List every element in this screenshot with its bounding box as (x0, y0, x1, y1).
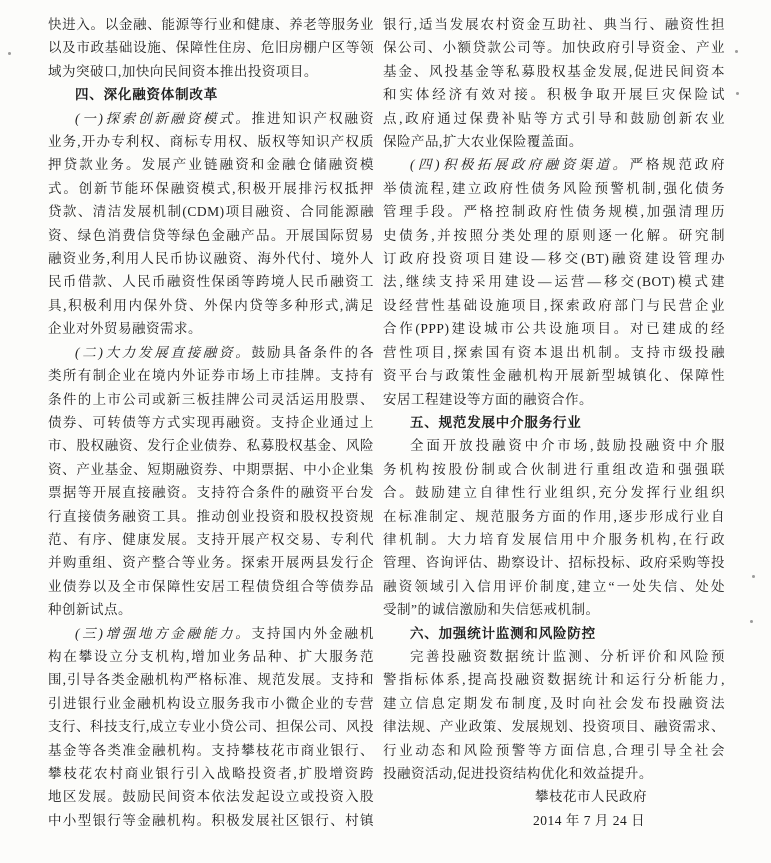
text-segment: 类所有制企业在境内外证券市场上市挂牌。支持有 (48, 368, 374, 383)
text-segment: 警指标体系,提高投融资数据统计和运行分析能力, (383, 672, 725, 687)
text-segment: 管理、咨询评估、勘察设计、招标投标、政府采购等投 (383, 555, 725, 570)
text-segment: 受制”的诚信激励和失信惩戒机制。 (383, 602, 600, 617)
text-line: 法,继续支持采用建设—运营—移交(BOT)模式建 (383, 270, 725, 293)
text-segment: 贷款、清洁发展机制(CDM)项目融资、合同能源融 (48, 204, 374, 219)
text-line: 资、产业基金、短期融资券、中期票据、中小企业集合 (48, 458, 374, 481)
text-line: (二)大力发展直接融资。鼓励具备条件的各 (48, 341, 374, 364)
text-line: 资平台与政策性金融机构开展新型城镇化、保障性 (383, 364, 725, 387)
text-segment: 具,积极利用内保外贷、外保内贷等多种形式,满足 (48, 298, 374, 313)
text-line: 业务,开办专利权、商标专用权、版权等知识产权质 (48, 130, 374, 153)
text-segment: 保公司、小额贷款公司等。加快政府引导资金、产业 (383, 40, 725, 55)
signature: 攀枝花市人民政府 (383, 785, 725, 808)
text-line: 合。鼓励建立自律性行业组织,充分发挥行业组织 (383, 481, 725, 504)
text-line: 构在攀设立分支机构,增加业务品种、扩大服务范 (48, 645, 374, 668)
text-segment: 资平台与政策性金融机构开展新型城镇化、保障性 (383, 368, 725, 383)
text-segment: 以及市政基础设施、保障性住房、危旧房棚户区等领 (48, 40, 374, 55)
text-line: 务机构按股份制或合伙制进行重组改造和强强联 (383, 458, 725, 481)
text-segment: 推进知识产权融资 (251, 111, 374, 126)
section-heading: 五、规范发展中介服务行业 (383, 411, 725, 434)
text-segment: 全面开放投融资中介市场,鼓励投融资中介服 (410, 438, 725, 453)
text-line: 订政府投资项目建设—移交(BT)融资建设管理办 (383, 247, 725, 270)
scan-speck (736, 92, 739, 95)
text-line: 史债务,并按照分类处理的原则逐一化解。研究制 (383, 224, 725, 247)
text-segment: 银行,适当发展农村资金互助社、典当行、融资性担 (383, 17, 725, 32)
text-line: 快进入。以金融、能源等行业和健康、养老等服务业 (48, 13, 374, 36)
text-line: 建立信息定期发布制度,及时向社会发布投融资法 (383, 692, 725, 715)
text-segment: 务机构按股份制或合伙制进行重组改造和强强联 (383, 462, 725, 477)
text-line: 安居工程建设等方面的融资合作。 (383, 388, 725, 411)
text-line: 围,引导各类金融机构严格标准、规范发展。支持和 (48, 668, 374, 691)
text-segment: 民币借款、人民币融资性保函等跨境人民币融资工 (48, 274, 374, 289)
text-segment: 业债券以及全市保障性安居工程债贷组合等债券品 (48, 579, 374, 594)
scan-speck (752, 575, 755, 578)
text-segment: 四、深化融资体制改革 (75, 87, 218, 102)
text-line: 攀枝花农村商业银行引入战略投资者,扩股增资跨 (48, 762, 374, 785)
text-line: 和实体经济有效对接。积极争取开展巨灾保险试 (383, 83, 725, 106)
text-line: 类所有制企业在境内外证券市场上市挂牌。支持有 (48, 364, 374, 387)
text-segment: 引进银行业金融机构设立服务我市小微企业的专营 (48, 696, 374, 711)
text-segment: 构在攀设立分支机构,增加业务品种、扩大服务范 (48, 649, 374, 664)
paragraph-lead-kai: (四)积极拓展政府融资渠道。 (410, 157, 630, 172)
text-line: (四)积极拓展政府融资渠道。严格规范政府 (383, 153, 725, 176)
text-line: 具,积极利用内保外贷、外保内贷等多种形式,满足 (48, 294, 374, 317)
text-segment: 营性项目,探索国有资本退出机制。支持市级投融 (383, 345, 725, 360)
scan-speck (750, 620, 753, 623)
text-line: (一)探索创新融资模式。推进知识产权融资 (48, 107, 374, 130)
text-segment: 范、有序、健康发展。支持开展产权交易、专利代理、 (48, 532, 374, 551)
text-line: 行业动态和风险预警等方面信息,合理引导全社会 (383, 739, 725, 762)
text-segment: 五、规范发展中介服务行业 (410, 415, 582, 430)
text-segment: 并购重组、资产整合等业务。探索开展两县发行企 (48, 555, 374, 570)
section-heading: 四、深化融资体制改革 (48, 83, 374, 106)
text-segment: 2014 年 7 月 24 日 (533, 813, 645, 828)
text-line: 域为突破口,加快向民间资本推出投资项目。 (48, 60, 374, 83)
text-segment: 法,继续支持采用建设—运营—移交(BOT)模式建 (383, 274, 725, 289)
text-line: 受制”的诚信激励和失信惩戒机制。 (383, 598, 725, 621)
text-line: 地区发展。鼓励民间资本依法发起设立或投资入股 (48, 785, 374, 808)
right-text-column: 银行,适当发展农村资金互助社、典当行、融资性担保公司、小额贷款公司等。加快政府引… (383, 13, 725, 832)
text-line: 融资领域引入信用评价制度,建立“一处失信、处处 (383, 575, 725, 598)
text-line: 融资业务,利用人民币协议融资、海外代付、境外人 (48, 247, 374, 270)
text-segment: 企业对外贸易融资需求。 (48, 321, 202, 336)
text-segment: 市、股权融资、发行企业债券、私募股权基金、风险投 (48, 438, 374, 457)
text-segment: 地区发展。鼓励民间资本依法发起设立或投资入股 (48, 789, 374, 804)
text-segment: 建立信息定期发布制度,及时向社会发布投融资法 (383, 696, 725, 711)
text-segment: 史债务,并按照分类处理的原则逐一化解。研究制 (383, 228, 725, 243)
scan-speck (735, 50, 738, 53)
left-text-column: 快进入。以金融、能源等行业和健康、养老等服务业以及市政基础设施、保障性住房、危旧… (48, 13, 374, 832)
text-line: 押贷款业务。发展产业链融资和金融仓储融资模 (48, 153, 374, 176)
text-segment: 资、产业基金、短期融资券、中期票据、中小企业集合 (48, 462, 374, 481)
text-line: (三)增强地方金融能力。支持国内外金融机 (48, 622, 374, 645)
text-segment: 支持国内外金融机 (251, 626, 374, 641)
text-segment: 合作(PPP)建设城市公共设施项目。对已建成的经 (383, 321, 725, 336)
text-line: 资、绿色消费信贷等绿色金融产品。开展国际贸易 (48, 224, 374, 247)
paragraph-lead-kai: (三)增强地方金融能力。 (75, 626, 251, 641)
text-line: 银行,适当发展农村资金互助社、典当行、融资性担 (383, 13, 725, 36)
text-segment: 点,政府通过保费补贴等方式引导和鼓励创新农业 (383, 111, 725, 126)
scan-speck (8, 52, 11, 55)
text-segment: 条件的上市公司或新三板挂牌公司灵活运用股票、 (48, 392, 374, 407)
document-date: 2014 年 7 月 24 日 (383, 809, 725, 832)
text-segment: 合。鼓励建立自律性行业组织,充分发挥行业组织 (383, 485, 725, 500)
text-line: 引进银行业金融机构设立服务我市小微企业的专营 (48, 692, 374, 715)
section-heading: 六、加强统计监测和风险防控 (383, 622, 725, 645)
text-segment: 融资领域引入信用评价制度,建立“一处失信、处处 (383, 579, 725, 594)
text-line: 营性项目,探索国有资本退出机制。支持市级投融 (383, 341, 725, 364)
text-line: 全面开放投融资中介市场,鼓励投融资中介服 (383, 434, 725, 457)
text-line: 保公司、小额贷款公司等。加快政府引导资金、产业 (383, 36, 725, 59)
text-line: 中小型银行等金融机构。积极发展社区银行、村镇 (48, 809, 374, 832)
text-line: 债券、可转债等方式实现再融资。支持企业通过上 (48, 411, 374, 434)
text-segment: 订政府投资项目建设—移交(BT)融资建设管理办 (383, 251, 725, 266)
text-segment: 债券、可转债等方式实现再融资。支持企业通过上 (48, 415, 374, 430)
text-line: 律机制。大力培育发展信用中介服务机构,在行政 (383, 528, 725, 551)
text-line: 种创新试点。 (48, 598, 374, 621)
text-line: 律法规、产业政策、发展规划、投资项目、融资需求、 (383, 715, 725, 738)
text-line: 合作(PPP)建设城市公共设施项目。对已建成的经 (383, 317, 725, 340)
text-segment: 和实体经济有效对接。积极争取开展巨灾保险试 (383, 87, 725, 102)
document-page: 快进入。以金融、能源等行业和健康、养老等服务业以及市政基础设施、保障性住房、危旧… (0, 0, 771, 863)
text-segment: 保险产品,扩大农业保险覆盖面。 (383, 134, 583, 149)
text-segment: 围,引导各类金融机构严格标准、规范发展。支持和 (48, 672, 374, 687)
text-line: 投融资活动,促进投资结构优化和效益提升。 (383, 762, 725, 785)
text-line: 支行、科技支行,成立专业小贷公司、担保公司、风投 (48, 715, 374, 738)
text-segment: 融资业务,利用人民币协议融资、海外代付、境外人 (48, 251, 374, 266)
text-segment: 种创新试点。 (48, 602, 132, 617)
text-line: 在标准制定、规范服务方面的作用,逐步形成行业自 (383, 505, 725, 528)
text-segment: 举债流程,建立政府性债务风险预警机制,强化债务 (383, 181, 725, 196)
text-line: 设经营性基础设施项目,探索政府部门与民营企业 (383, 294, 725, 317)
text-line: 民币借款、人民币融资性保函等跨境人民币融资工 (48, 270, 374, 293)
text-line: 管理手段。严格控制政府性债务规模,加强清理历 (383, 200, 725, 223)
text-segment: 律机制。大力培育发展信用中介服务机构,在行政 (383, 532, 725, 547)
text-segment: 基金等各类准金融机构。支持攀枝花市商业银行、 (48, 743, 374, 758)
text-line: 贷款、清洁发展机制(CDM)项目融资、合同能源融 (48, 200, 374, 223)
text-segment: 严格规范政府 (630, 157, 725, 172)
text-segment: 支行、科技支行,成立专业小贷公司、担保公司、风投 (48, 719, 374, 734)
text-segment: 行业动态和风险预警等方面信息,合理引导全社会 (383, 743, 725, 758)
text-line: 保险产品,扩大农业保险覆盖面。 (383, 130, 725, 153)
text-segment: 在标准制定、规范服务方面的作用,逐步形成行业自 (383, 509, 725, 524)
text-line: 范、有序、健康发展。支持开展产权交易、专利代理、 (48, 528, 374, 551)
text-segment: 管理手段。严格控制政府性债务规模,加强清理历 (383, 204, 725, 219)
text-segment: 行直接债务融资工具。推动创业投资和股权投资规 (48, 509, 374, 524)
text-segment: 业务,开办专利权、商标专用权、版权等知识产权质 (48, 134, 374, 149)
text-segment: 押贷款业务。发展产业链融资和金融仓储融资模 (48, 157, 374, 172)
text-line: 举债流程,建立政府性债务风险预警机制,强化债务 (383, 177, 725, 200)
text-segment: 快进入。以金融、能源等行业和健康、养老等服务业 (48, 17, 374, 32)
text-segment: 票据等开展直接融资。支持符合条件的融资平台发 (48, 485, 374, 500)
text-line: 管理、咨询评估、勘察设计、招标投标、政府采购等投 (383, 551, 725, 574)
scan-speck (712, 310, 715, 313)
text-segment: 式。创新节能环保融资模式,积极开展排污权抵押 (48, 181, 374, 196)
text-line: 并购重组、资产整合等业务。探索开展两县发行企 (48, 551, 374, 574)
text-line: 条件的上市公司或新三板挂牌公司灵活运用股票、 (48, 388, 374, 411)
text-line: 完善投融资数据统计监测、分析评价和风险预 (383, 645, 725, 668)
text-segment: 鼓励具备条件的各 (251, 345, 374, 360)
text-segment: 设经营性基础设施项目,探索政府部门与民营企业 (383, 298, 725, 313)
text-segment: 律法规、产业政策、发展规划、投资项目、融资需求、 (383, 719, 725, 734)
text-segment: 中小型银行等金融机构。积极发展社区银行、村镇 (48, 813, 374, 828)
text-segment: 六、加强统计监测和风险防控 (410, 626, 596, 641)
text-line: 以及市政基础设施、保障性住房、危旧房棚户区等领 (48, 36, 374, 59)
text-line: 票据等开展直接融资。支持符合条件的融资平台发 (48, 481, 374, 504)
text-segment: 攀枝花市人民政府 (535, 789, 647, 804)
text-line: 基金等各类准金融机构。支持攀枝花市商业银行、 (48, 739, 374, 762)
paragraph-lead-kai: (一)探索创新融资模式。 (75, 111, 251, 126)
text-segment: 投融资活动,促进投资结构优化和效益提升。 (383, 766, 653, 781)
text-line: 市、股权融资、发行企业债券、私募股权基金、风险投 (48, 434, 374, 457)
text-line: 警指标体系,提高投融资数据统计和运行分析能力, (383, 668, 725, 691)
text-segment: 安居工程建设等方面的融资合作。 (383, 392, 593, 407)
text-segment: 攀枝花农村商业银行引入战略投资者,扩股增资跨 (48, 766, 374, 781)
text-segment: 基金、风投基金等私募股权基金发展,促进民间资本 (383, 64, 725, 79)
text-segment: 域为突破口,加快向民间资本推出投资项目。 (48, 64, 318, 79)
text-line: 点,政府通过保费补贴等方式引导和鼓励创新农业 (383, 107, 725, 130)
text-segment: 资、绿色消费信贷等绿色金融产品。开展国际贸易 (48, 228, 374, 243)
text-segment: 完善投融资数据统计监测、分析评价和风险预 (410, 649, 725, 664)
text-line: 企业对外贸易融资需求。 (48, 317, 374, 340)
text-line: 式。创新节能环保融资模式,积极开展排污权抵押 (48, 177, 374, 200)
text-line: 基金、风投基金等私募股权基金发展,促进民间资本 (383, 60, 725, 83)
paragraph-lead-kai: (二)大力发展直接融资。 (75, 345, 251, 360)
text-line: 业债券以及全市保障性安居工程债贷组合等债券品 (48, 575, 374, 598)
text-line: 行直接债务融资工具。推动创业投资和股权投资规 (48, 505, 374, 528)
